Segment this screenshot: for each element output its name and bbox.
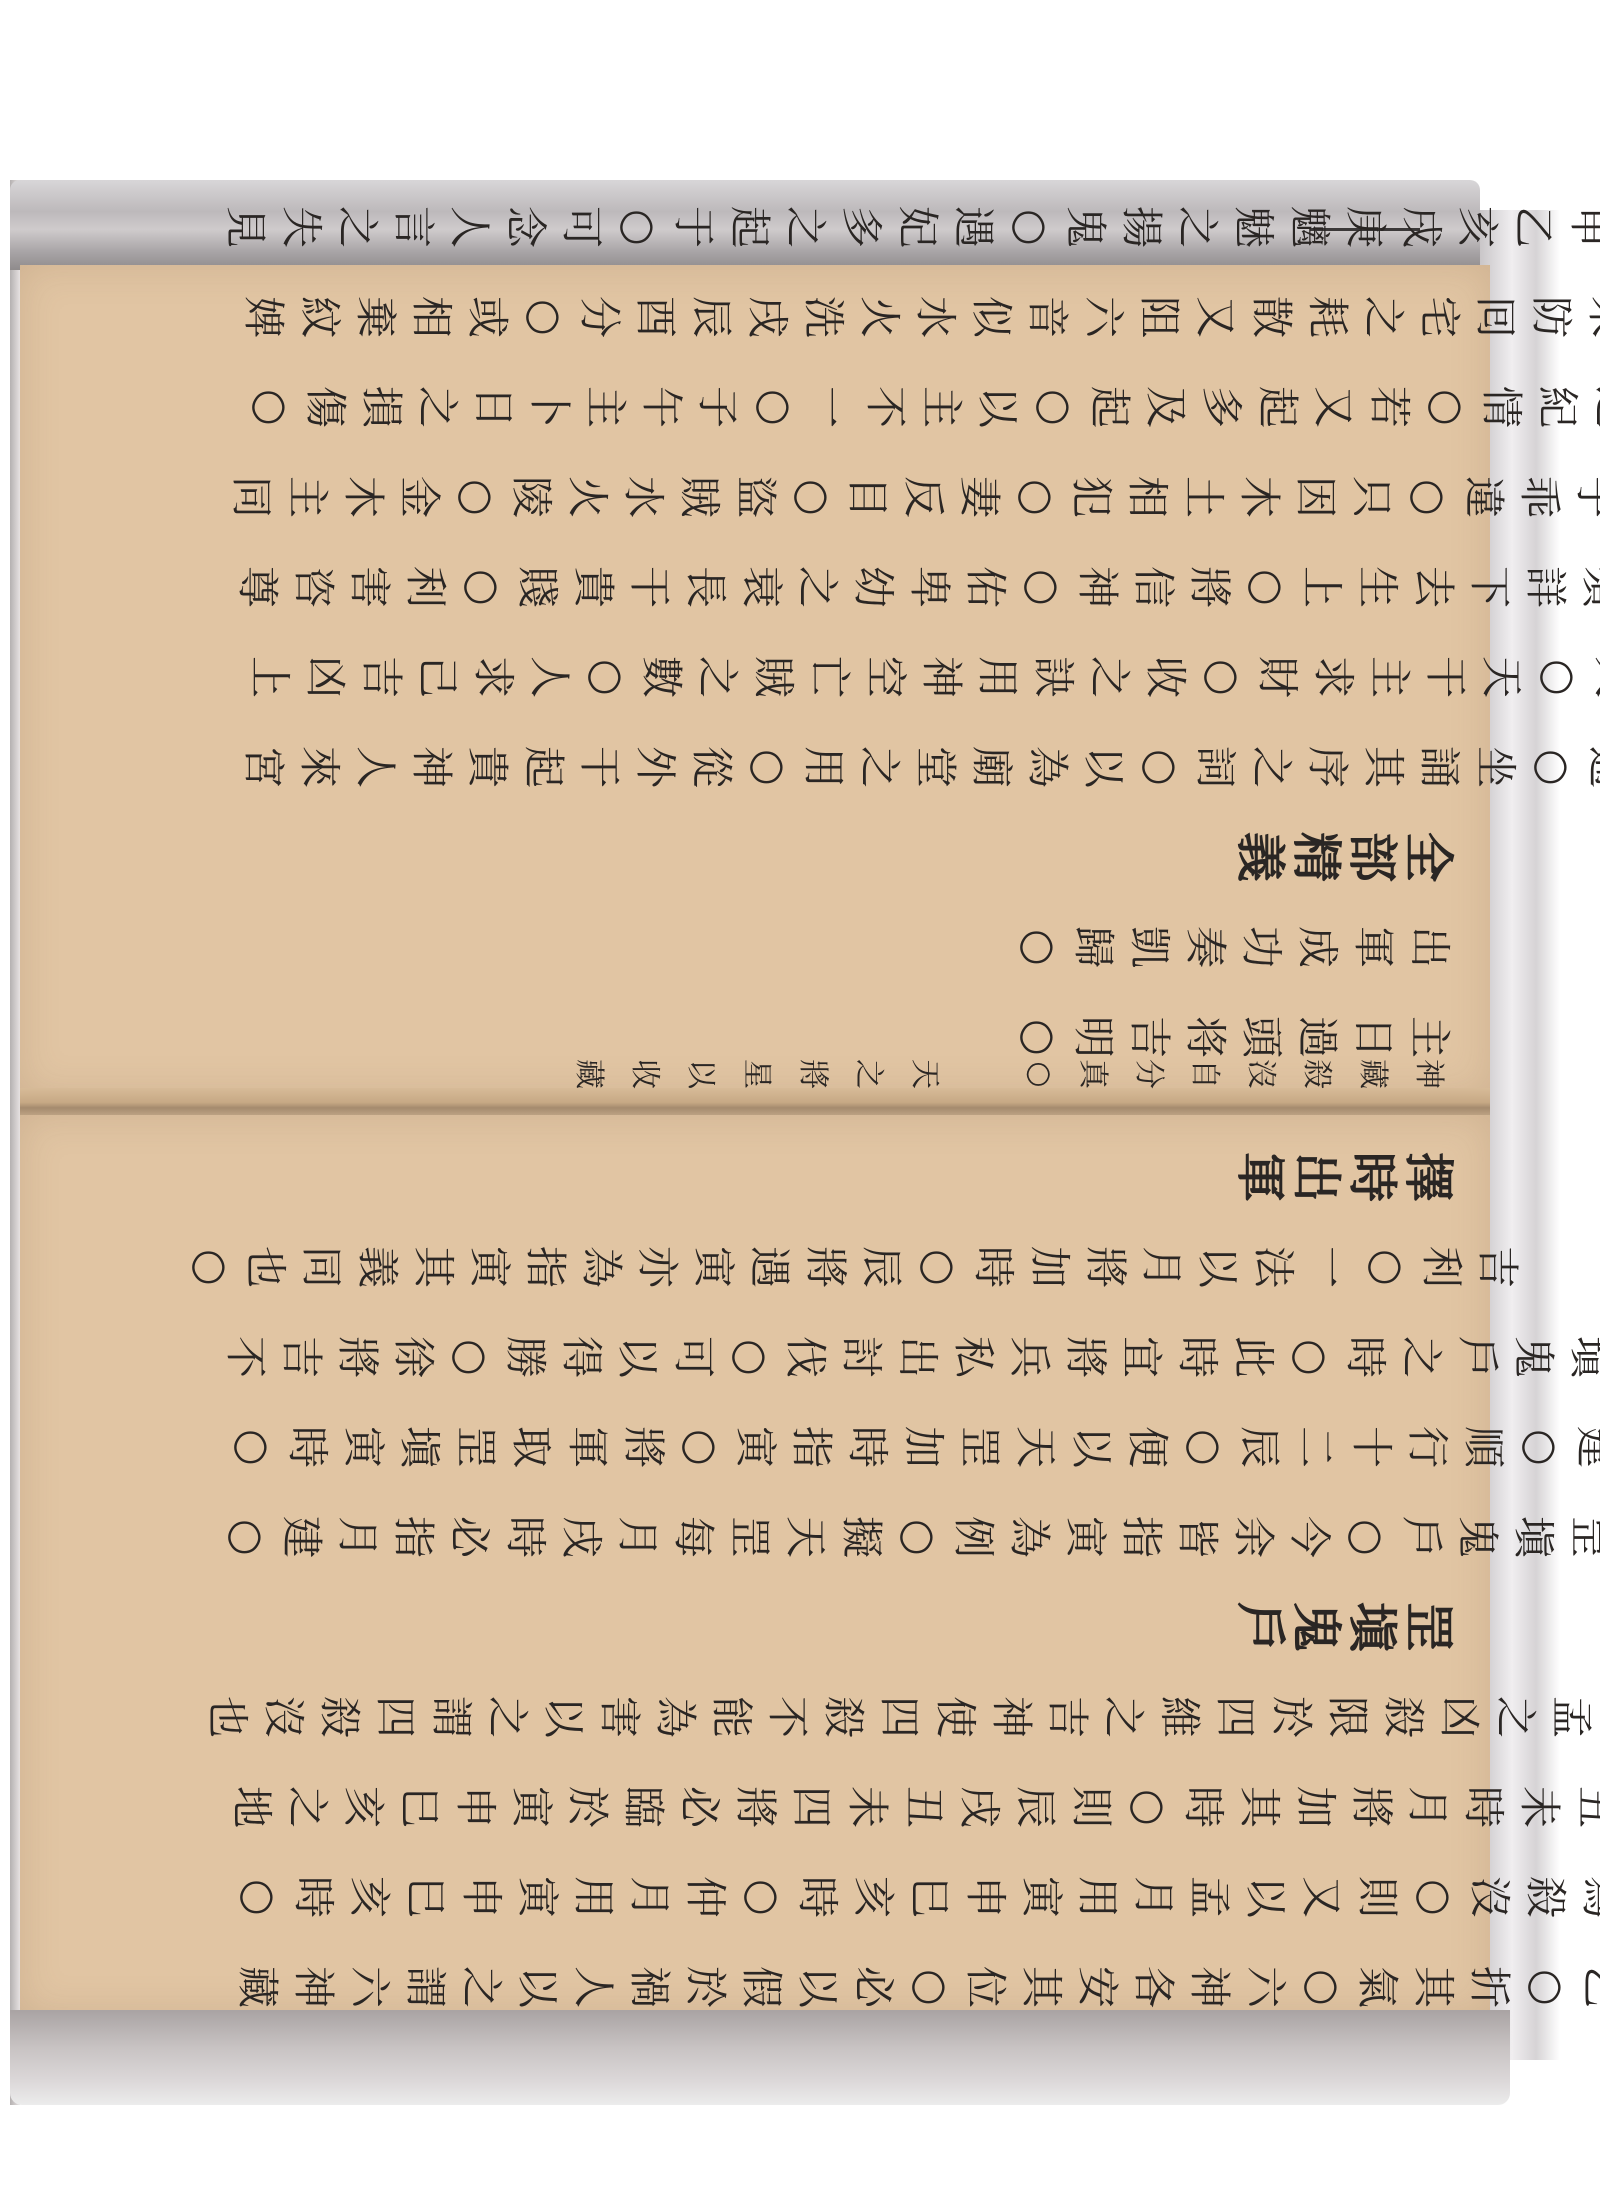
page-stack-bottom-edge: [10, 2010, 1510, 2105]
lower-page-text-column: 吉利○一法以月將加時○辰將遇寅亦為指寅其義同也○: [40, 1242, 1528, 1298]
lower-page-heading: 擇時出軍: [1212, 1152, 1460, 1208]
upper-page-text-column: 之數主宮○申乙亥戌庚魑魅之揚鬼○遇妃多之起于○可念人言之失見: [40, 202, 1600, 258]
upper-page-heading: 全部精義: [1212, 832, 1460, 888]
lower-page-text-column: 時○即是罡塡鬼戶之時○此時宜將兵私出討伐○可以得勝○徐將吉不: [40, 1332, 1600, 1388]
lower-page-text-column: 就○以戌加月建○順行十二辰○便以天罡加時指寅○將軍取罡塡寅時○: [40, 1422, 1600, 1478]
lower-page-text-column: 北斗指寅為罡塡鬼戶○今余皆指寅為例○擬天罡每月戌時必指月建○: [40, 1512, 1600, 1568]
lower-page-text-column: 初孝月用辰戌丑未時月將加其時○則辰戌丑未四將必臨於寅申巳亥之地: [40, 1782, 1600, 1838]
book-spine-edge: [10, 180, 20, 2105]
lower-page-text-column: 是四孟之凶殺限於四維之吉神使四殺不能為害以之謂四殺沒也: [40, 1692, 1600, 1748]
upper-page-text-column: 乙爰神起干○已去損人○天干主求財○收之訣用神空亡賊之數○人求己吉凶上: [40, 652, 1600, 708]
upper-page-text-column: 肥之不睦火金在外戚之紀情○若又起多及起○以主不一○子午主卜日之損傷○: [40, 382, 1600, 438]
upper-page-text-column: 神藏殺沒自分真○ 天之將星以收藏: [468, 1057, 1460, 1097]
lower-page-text-column: 凡天罡○故臨甲乙○折其氣○六神各安其位○必以假於禍人以之謂六神藏: [40, 1962, 1600, 2018]
upper-page-text-column: 六壬易學○精義鮮通○坐誦其序之詞○以為廟堂之用○從外干起貴神人來宮: [40, 742, 1600, 798]
upper-page-text-column: 未生下○已求人須詳下去生上○將信神○佑卑幼之衰長干貴賤○利害咨尊: [40, 562, 1600, 618]
lower-page-text-column: 魁罡加四孟○以為殺沒○則又以孟月用寅申巳亥時○仲月用寅申巳亥時○: [40, 1872, 1600, 1928]
upper-page-text-column: 出軍成功奏凱歸○: [964, 922, 1460, 978]
upper-page-text-column: 勇孟子強不孝○丑未防囘宅之耗散又阻六音似水火洗戌辰酉分○或相棄紋婢: [40, 292, 1600, 348]
lower-page-heading: 罡塡鬼戶: [1212, 1602, 1460, 1658]
upper-page-text-column: 人之數幼○父子乖違○只因木土相犯○妻反目○盜賊水火陵○金木主同: [40, 472, 1600, 528]
